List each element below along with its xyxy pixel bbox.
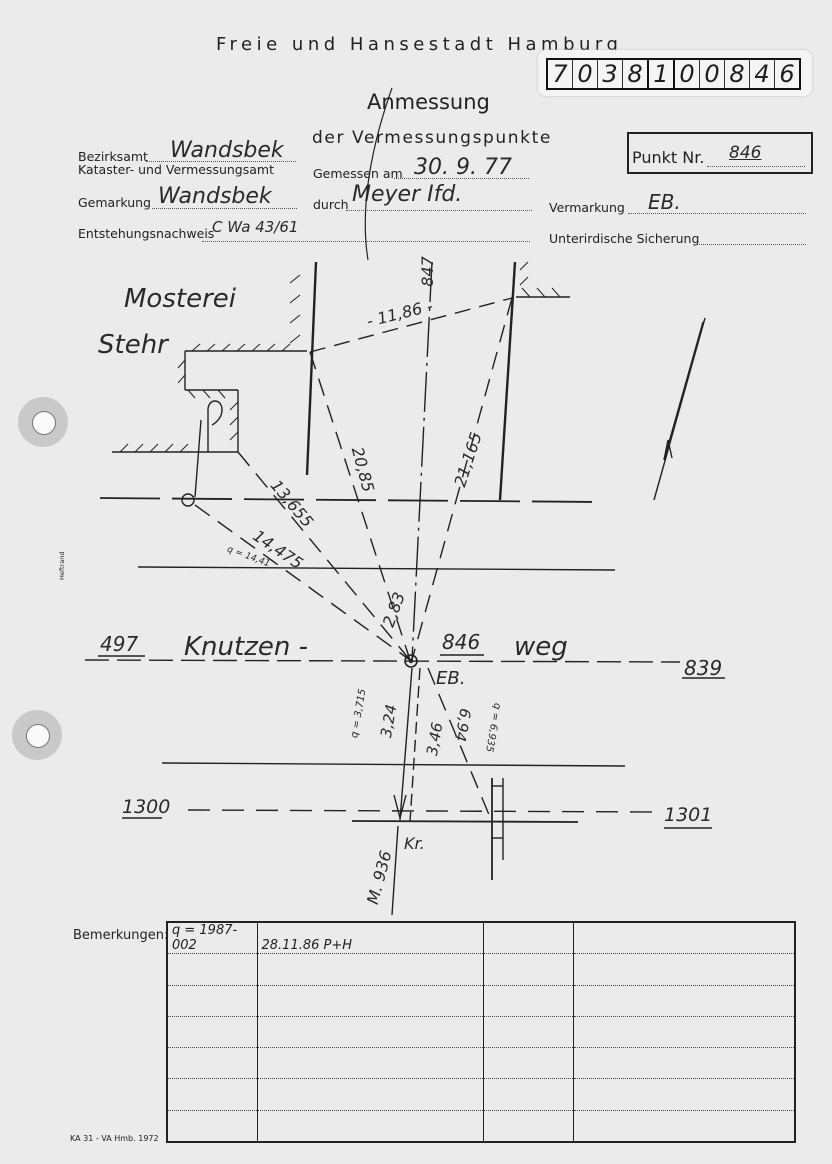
remarks-cell[interactable] bbox=[573, 954, 795, 985]
remarks-cell[interactable] bbox=[257, 1079, 483, 1110]
remarks-cell[interactable] bbox=[167, 1048, 257, 1079]
remarks-cell[interactable] bbox=[573, 1079, 795, 1110]
remarks-cell[interactable] bbox=[257, 954, 483, 985]
remarks-cell[interactable] bbox=[257, 1016, 483, 1047]
remarks-cell[interactable] bbox=[573, 985, 795, 1016]
street-name-right: weg bbox=[514, 632, 568, 662]
remarks-cell[interactable] bbox=[573, 1048, 795, 1079]
remarks-cell[interactable] bbox=[167, 1110, 257, 1142]
remarks-cell[interactable] bbox=[257, 1110, 483, 1142]
remarks-cell[interactable] bbox=[483, 1048, 573, 1079]
remarks-row bbox=[167, 1110, 795, 1142]
remarks-cell[interactable]: 28.11.86 P+H bbox=[257, 922, 483, 954]
remarks-cell[interactable] bbox=[573, 1016, 795, 1047]
point-846: 846 bbox=[442, 630, 480, 654]
remarks-cell[interactable] bbox=[483, 1016, 573, 1047]
remarks-cell[interactable] bbox=[257, 985, 483, 1016]
point-839: 839 bbox=[684, 656, 722, 680]
remarks-cell[interactable] bbox=[167, 1016, 257, 1047]
remarks-row bbox=[167, 1079, 795, 1110]
point-1301: 1301 bbox=[664, 804, 712, 826]
point-1300: 1300 bbox=[122, 796, 170, 818]
remarks-cell[interactable] bbox=[167, 985, 257, 1016]
binder-hole-top bbox=[18, 397, 68, 447]
remarks-row: q = 1987-00228.11.86 P+H bbox=[167, 922, 795, 954]
point-497: 497 bbox=[100, 632, 138, 656]
heftrand-label: Heftrand bbox=[58, 551, 66, 580]
building-label-mosterei: Mosterei bbox=[124, 284, 236, 314]
form-id: KA 31 - VA Hmb. 1972 bbox=[70, 1134, 159, 1143]
remarks-cell[interactable]: q = 1987-002 bbox=[167, 922, 257, 954]
remarks-row bbox=[167, 985, 795, 1016]
remarks-cell[interactable] bbox=[483, 1079, 573, 1110]
remarks-row bbox=[167, 954, 795, 985]
remarks-cell[interactable] bbox=[573, 1110, 795, 1142]
point-847: 847 bbox=[418, 256, 437, 287]
remarks-label: Bemerkungen: bbox=[73, 928, 168, 943]
mark-kr: Kr. bbox=[404, 834, 425, 853]
remarks-table: q = 1987-00228.11.86 P+H bbox=[166, 921, 796, 1143]
remarks-cell[interactable] bbox=[483, 954, 573, 985]
remarks-cell[interactable] bbox=[257, 1048, 483, 1079]
remarks-cell[interactable] bbox=[167, 1079, 257, 1110]
remarks-row bbox=[167, 1016, 795, 1047]
remarks-cell[interactable] bbox=[483, 985, 573, 1016]
remarks-cell[interactable] bbox=[573, 922, 795, 954]
building-label-stehr: Stehr bbox=[98, 330, 168, 360]
binder-hole-bottom bbox=[12, 710, 62, 760]
remarks-cell[interactable] bbox=[167, 954, 257, 985]
remarks-cell[interactable] bbox=[483, 922, 573, 954]
remarks-row bbox=[167, 1048, 795, 1079]
point-846-mark: EB. bbox=[436, 668, 465, 689]
remarks-cell[interactable] bbox=[483, 1110, 573, 1142]
street-name-left: Knutzen - bbox=[184, 632, 308, 662]
